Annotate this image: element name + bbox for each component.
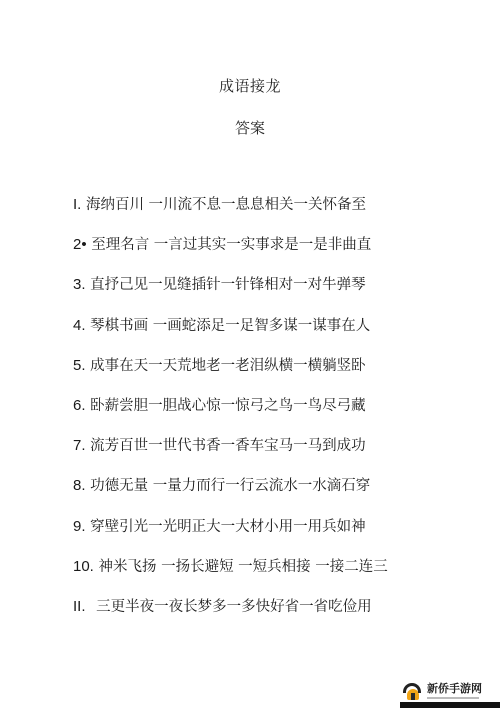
watermark-subline: [427, 697, 479, 699]
answer-line: I. 海纳百川 一川流不息一息息相关一关怀备至: [73, 195, 473, 235]
answer-line: 3. 直抒己见一见缝插针一针锋相对一对牛弹琴: [73, 275, 473, 315]
answer-text: 琴棋书画 一画蛇添足一足智多谋一谋事在人: [90, 318, 370, 334]
answer-line: 10. 神米飞扬 一扬长避短 一短兵相接 一接二连三: [73, 557, 473, 597]
answer-line: 2• 至理名言 一言过其实一实事求是一是非曲直: [73, 235, 473, 275]
answer-line: 7. 流芳百世一世代书香一香车宝马一马到成功: [73, 436, 473, 476]
house-sun-logo-icon: [402, 681, 424, 701]
answer-text: 流芳百世一世代书香一香车宝马一马到成功: [90, 438, 366, 454]
answer-text: 直抒己见一见缝插针一针锋相对一对牛弹琴: [90, 277, 366, 293]
answer-number: I.: [73, 195, 81, 215]
answer-number: 10.: [73, 557, 94, 577]
answer-text: 神米飞扬 一扬长避短 一短兵相接 一接二连三: [98, 559, 387, 575]
answer-number: II.: [73, 597, 86, 617]
site-watermark: 新侨手游网: [402, 678, 494, 704]
answer-line: 6. 卧薪尝胆一胆战心惊一惊弓之鸟一鸟尽弓藏: [73, 396, 473, 436]
answer-text: 功德无量 一量力而行一行云流水一水滴石穿: [90, 478, 370, 494]
answer-list: I. 海纳百川 一川流不息一息息相关一关怀备至 2• 至理名言 一言过其实一实事…: [73, 195, 473, 637]
answer-number: 6.: [73, 396, 86, 416]
answer-line: 5. 成事在天一天荒地老一老泪纵横一横躺竖卧: [73, 356, 473, 396]
answer-line: 8. 功德无量 一量力而行一行云流水一水滴石穿: [73, 476, 473, 516]
answer-line: 4. 琴棋书画 一画蛇添足一足智多谋一谋事在人: [73, 316, 473, 356]
document-title: 成语接龙: [0, 75, 500, 96]
answer-number: 5.: [73, 356, 86, 376]
answer-text: 三更半夜一夜长梦多一多快好省一省吃俭用: [96, 599, 372, 615]
answer-text: 至理名言 一言过其实一实事求是一是非曲直: [91, 237, 371, 253]
answer-line: II. 三更半夜一夜长梦多一多快好省一省吃俭用: [73, 597, 473, 637]
answer-number: 3.: [73, 275, 86, 295]
answer-text: 卧薪尝胆一胆战心惊一惊弓之鸟一鸟尽弓藏: [90, 398, 366, 414]
answer-line: 9. 穿壁引光一光明正大一大材小用一用兵如神: [73, 517, 473, 557]
document-subtitle: 答案: [0, 117, 500, 138]
answer-number: 8.: [73, 476, 86, 496]
answer-text: 成事在天一天荒地老一老泪纵横一横躺竖卧: [90, 358, 366, 374]
watermark-name: 新侨手游网: [427, 683, 482, 695]
answer-number: 9.: [73, 517, 86, 537]
watermark-bar: [400, 702, 500, 708]
answer-number: 7.: [73, 436, 86, 456]
document-page: 成语接龙 答案 I. 海纳百川 一川流不息一息息相关一关怀备至 2• 至理名言 …: [0, 0, 500, 708]
answer-number: 2•: [73, 235, 87, 255]
answer-text: 穿壁引光一光明正大一大材小用一用兵如神: [90, 519, 366, 535]
answer-text: 海纳百川 一川流不息一息息相关一关怀备至: [86, 197, 366, 213]
answer-number: 4.: [73, 316, 86, 336]
